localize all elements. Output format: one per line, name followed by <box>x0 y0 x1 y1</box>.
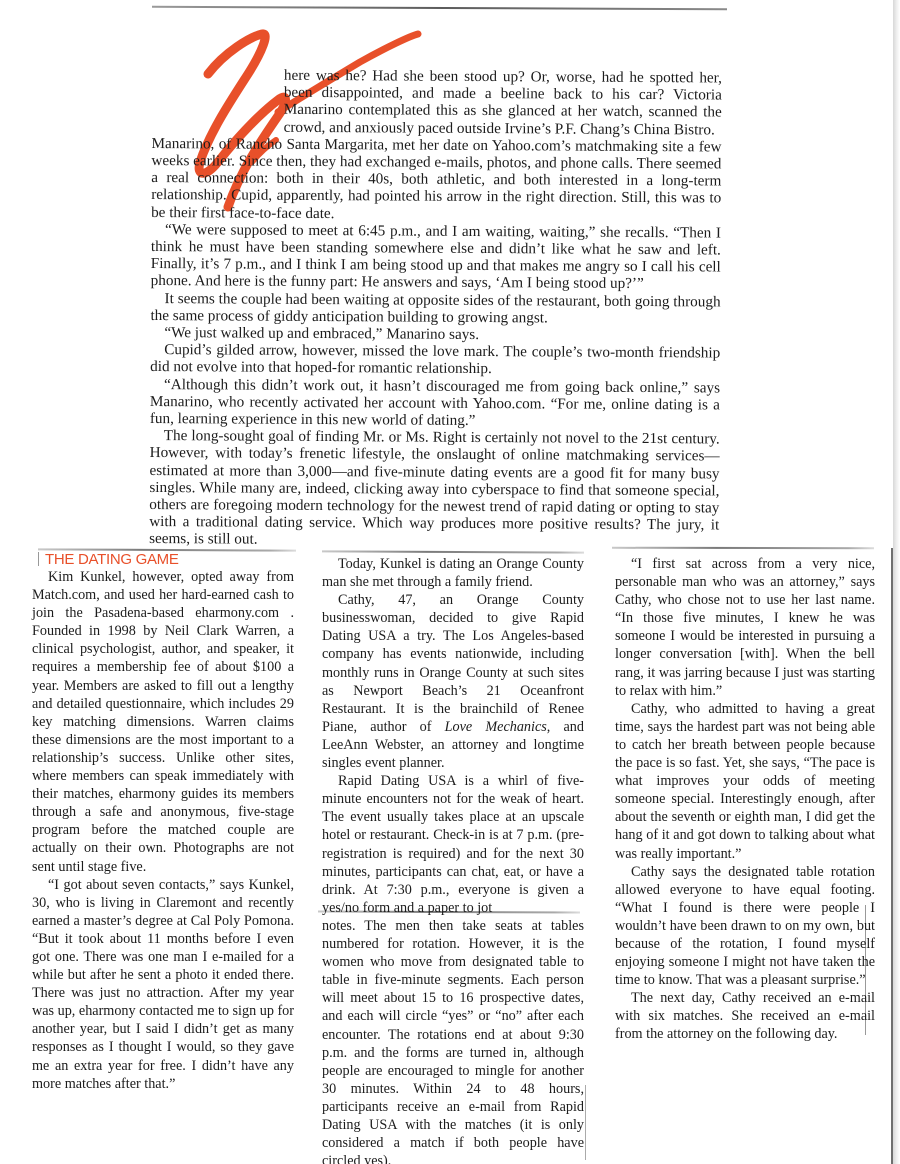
intro-paragraph: It seems the couple had been waiting at … <box>150 290 720 328</box>
intro-paragraph: Cupid’s gilded arrow, however, missed th… <box>150 341 720 379</box>
sidebar-paragraph: Cathy, 47, an Orange County businesswoma… <box>322 591 584 772</box>
top-rule <box>152 6 727 11</box>
intro-article: here was he? Had she been stood up? Or, … <box>149 66 722 551</box>
sidebar-col2-top-rule <box>322 550 584 553</box>
sidebar-column-1: Kim Kunkel, however, opted away from Mat… <box>32 568 294 1093</box>
sidebar-paragraph: “I got about seven contacts,” says Kunke… <box>32 876 294 1093</box>
sidebar-paragraph: Kim Kunkel, however, opted away from Mat… <box>32 568 294 876</box>
sidebar-paragraph: “I first sat across from a very nice, pe… <box>615 555 875 700</box>
sidebar-col2-right-rule <box>585 1085 586 1160</box>
sidebar-paragraph: Cathy, who admitted to having a great ti… <box>615 700 875 863</box>
text-run: Cathy, 47, an Orange County businesswoma… <box>322 592 584 735</box>
sidebar-column-2-top: Today, Kunkel is dating an Orange County… <box>322 555 584 917</box>
intro-paragraph: “Although this didn’t work out, it hasn’… <box>150 376 720 431</box>
book-title: Love Mechanics <box>445 719 547 735</box>
intro-paragraph: here was he? Had she been stood up? Or, … <box>284 67 722 138</box>
sidebar-column-3: “I first sat across from a very nice, pe… <box>615 555 875 1044</box>
sidebar-paragraph: notes. The men then take seats at tables… <box>322 917 584 1164</box>
intro-paragraph: The long-sought goal of finding Mr. or M… <box>149 427 720 551</box>
sidebar-paragraph: The next day, Cathy received an e-mail w… <box>615 989 875 1043</box>
sidebar-column-2-bottom: notes. The men then take seats at tables… <box>322 917 584 1164</box>
intro-paragraph: “We were supposed to meet at 6:45 p.m., … <box>151 221 721 293</box>
sidebar-box-left-tick <box>38 552 39 566</box>
sidebar-paragraph: Cathy says the designated table rotation… <box>615 863 875 990</box>
page-right-rule <box>891 548 893 1164</box>
intro-paragraph: Manarino, of Rancho Santa Margarita, met… <box>151 135 722 224</box>
sidebar-paragraph: Rapid Dating USA is a whirl of five-minu… <box>322 772 584 917</box>
page-edge <box>893 0 900 1164</box>
sidebar-title: THE DATING GAME <box>45 551 179 568</box>
sidebar-paragraph: Today, Kunkel is dating an Orange County… <box>322 555 584 591</box>
